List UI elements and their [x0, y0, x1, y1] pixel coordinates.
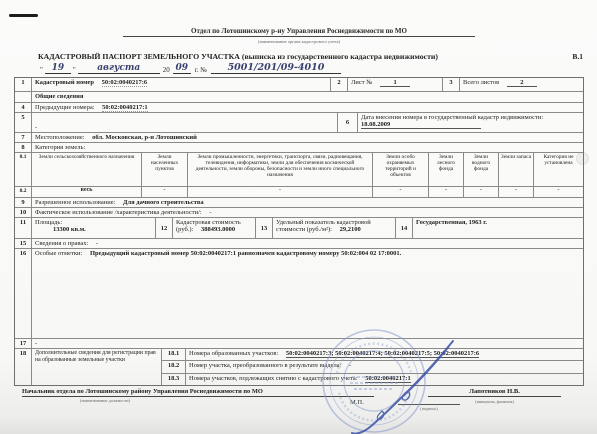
document-title: КАДАСТРОВЫЙ ПАСПОРТ ЗЕМЕЛЬНОГО УЧАСТКА (…	[38, 52, 564, 61]
document-title-row: КАДАСТРОВЫЙ ПАСПОРТ ЗЕМЕЛЬНОГО УЧАСТКА (…	[38, 52, 583, 61]
row-num-1: 1	[15, 78, 32, 91]
row-category-headers: 8.1 Земли сельскохозяйственного назначен…	[15, 152, 583, 186]
row-num-10: 10	[15, 208, 32, 217]
date-line: " 19 " августа 20 09 г. № 5001/201/09-40…	[38, 62, 458, 74]
row-num-17: 17	[15, 339, 32, 348]
permitted-use-label: Разрешенное использование:	[35, 199, 115, 206]
cadastral-table: 1 Кадастровый номер 50:02:0040217:6 2 Ли…	[14, 77, 584, 386]
coord-system-value: Государственная, 1963 г.	[413, 218, 583, 238]
row5-empty-value: -	[32, 113, 338, 132]
entry-date-label: Дата внесения номера в государственный к…	[361, 114, 543, 121]
doc-number-handwritten: 5001/201/09-4010	[211, 62, 341, 74]
form-code: В.1	[572, 52, 583, 61]
total-sheets-value: 2	[507, 79, 537, 87]
general-section-title: Общие сведения	[32, 92, 583, 102]
year-suffix: г. №	[195, 66, 207, 74]
row-num-8-2: 8.2	[15, 187, 32, 197]
transformed-parcel-label: Номер участка, преобразованного в резуль…	[189, 362, 341, 369]
row-cadastral-number: 1 Кадастровый номер 50:02:0040217:6 2 Ли…	[15, 78, 583, 91]
close-quote: "	[73, 66, 76, 74]
scanned-page: Отдел по Лотошинскому р-ну Управления Ро…	[0, 0, 597, 434]
cat-val-0: весь	[32, 187, 142, 197]
seal-place-label: М.П.	[350, 399, 364, 406]
row-additional-info: 18 Дополнительные сведения для регистрац…	[15, 348, 583, 385]
special-notes-label: Особые отметки:	[35, 250, 82, 257]
removed-parcels-value: 50:02:0040217:1	[365, 375, 411, 383]
row-num-16: 16	[15, 249, 32, 338]
total-sheets-label: Всего листов	[463, 79, 499, 86]
row-num-13: 13	[256, 218, 273, 238]
cost-value: 388493.0000	[201, 226, 235, 233]
org-header-caption: (наименование органа кадастрового учета)	[123, 39, 475, 44]
open-quote: "	[40, 66, 43, 74]
official-name: Лапотников Н.В.	[428, 388, 561, 397]
removed-parcels-label: Номера участков, подлежащих снятию с кад…	[189, 375, 358, 382]
formed-parcels-label: Номера образованных участков:	[189, 350, 278, 357]
row-num-2: 2	[331, 78, 348, 91]
row-num-5: 5	[15, 113, 32, 132]
signature-line	[398, 404, 460, 405]
row-entry-date: 5 - 6 Дата внесения номера в государстве…	[15, 112, 583, 132]
cat-not-set: Категория не установлена	[534, 153, 583, 186]
additional-info-label: Дополнительные сведения для регистрации …	[32, 349, 162, 385]
cat-val-7: -	[534, 187, 583, 197]
row-previous-numbers: 4 Предыдущие номера: 50:02:0040217:1	[15, 102, 583, 112]
row-special-notes: 16 Особые отметки: Предыдущий кадастровы…	[15, 248, 583, 338]
cat-agricultural: Земли сельскохозяйственного назначения	[32, 153, 142, 186]
name-caption: (инициалы, фамилия)	[428, 399, 561, 404]
area-value: 13300 кв.м.	[53, 226, 152, 233]
cat-forest: Земли лесного фонда	[429, 153, 464, 186]
cadastral-number-value: 50:02:0040217:6	[102, 79, 148, 87]
row-actual-use: 10 Фактическое использование /характерис…	[15, 207, 583, 217]
subrow-18-1: 18.1 Номера образованных участков: 50:02…	[162, 349, 583, 360]
row-rights: 15 Сведения о правах: -	[15, 238, 583, 248]
year-handwritten: 09	[173, 63, 191, 74]
cat-water: Земли водного фонда	[464, 153, 499, 186]
previous-numbers-label: Предыдущие номера:	[35, 104, 95, 111]
row-general-section: Общие сведения	[15, 91, 583, 102]
cat-val-6: -	[499, 187, 534, 197]
signature-caption: (подпись)	[398, 406, 460, 411]
pen-mark	[9, 14, 38, 17]
subrow-18-3: 18.3 Номера участков, подлежащих снятию …	[162, 373, 583, 385]
day-handwritten: 19	[45, 63, 71, 74]
org-header: Отдел по Лотошинскому р-ну Управления Ро…	[123, 27, 475, 37]
rights-label: Сведения о правах:	[35, 240, 88, 247]
century-static: 20	[163, 66, 170, 74]
sheet-value: 1	[380, 79, 410, 87]
cat-val-2: -	[188, 187, 373, 197]
row-num-18-3: 18.3	[162, 374, 186, 385]
row-num-9: 9	[15, 198, 32, 207]
cat-industry: Земли промышленности, энергетики, трансп…	[188, 153, 373, 186]
permitted-use-value: Для дачного строительства	[123, 199, 204, 206]
row-17: 17 -	[15, 338, 583, 348]
cat-val-4: -	[429, 187, 464, 197]
row-num-18: 18	[15, 349, 32, 385]
row-land-category: 8 Категория земель:	[15, 142, 583, 152]
row17-value: -	[32, 339, 583, 348]
entry-date-value: 18.08.2009	[361, 121, 481, 129]
cat-settlements: Земли населенных пунктов	[142, 153, 188, 186]
row-num-18-2: 18.2	[162, 361, 186, 372]
row-category-values: 8.2 весь - - - - - - -	[15, 186, 583, 197]
actual-use-label: Фактическое использование /характеристик…	[35, 209, 202, 216]
previous-numbers-value: 50:02:0040217:1	[102, 104, 148, 112]
row-num-6: 6	[338, 113, 358, 132]
official-position: Начальник отдела по Лотошинскому району …	[22, 388, 374, 397]
formed-parcels-value: 50:02:0040217:3; 50:02:0040217:4; 50:02:…	[286, 350, 479, 358]
row-area-cost: 11 Площадь: 13300 кв.м. 12 Кадастровая с…	[15, 217, 583, 238]
cat-val-1: -	[142, 187, 188, 197]
row-location: 7 Местоположение: обл. Московская, р-н Л…	[15, 132, 583, 142]
actual-use-value: -	[209, 209, 211, 216]
transformed-parcel-value: -	[349, 362, 351, 369]
row-num-4: 4	[15, 103, 32, 112]
location-value: обл. Московская, р-н Лотошинский	[92, 134, 197, 141]
month-handwritten: августа	[78, 63, 160, 74]
location-label: Местоположение:	[35, 134, 85, 141]
area-label: Площадь:	[35, 219, 62, 226]
cat-val-3: -	[373, 187, 429, 197]
rights-value: -	[96, 240, 98, 247]
sheet-label: Лист №	[351, 79, 372, 86]
cat-val-5: -	[464, 187, 499, 197]
row-num-3: 3	[443, 78, 460, 91]
row-permitted-use: 9 Разрешенное использование: Для дачного…	[15, 197, 583, 207]
row-num-18-1: 18.1	[162, 349, 186, 360]
row-num-7: 7	[15, 133, 32, 142]
land-category-label: Категория земель:	[32, 143, 583, 152]
row-num-15: 15	[15, 239, 32, 248]
cadastral-number-label: Кадастровый номер	[35, 79, 94, 86]
row-num-8: 8	[15, 143, 32, 152]
special-notes-value: Предыдущий кадастровый номер 50:02:00402…	[90, 250, 401, 257]
cat-protected: Земли особо охраняемых территорий и объе…	[373, 153, 429, 186]
row-num-12: 12	[156, 218, 173, 238]
position-caption: (наименование должности)	[40, 398, 170, 403]
unit-cost-value: 29,2100	[340, 226, 361, 233]
subrow-18-2: 18.2 Номер участка, преобразованного в р…	[162, 360, 583, 372]
row-num-8-1: 8.1	[15, 153, 32, 186]
cat-reserve: Земли запаса	[499, 153, 534, 186]
row-num-14: 14	[396, 218, 413, 238]
row-num-11: 11	[15, 218, 32, 238]
